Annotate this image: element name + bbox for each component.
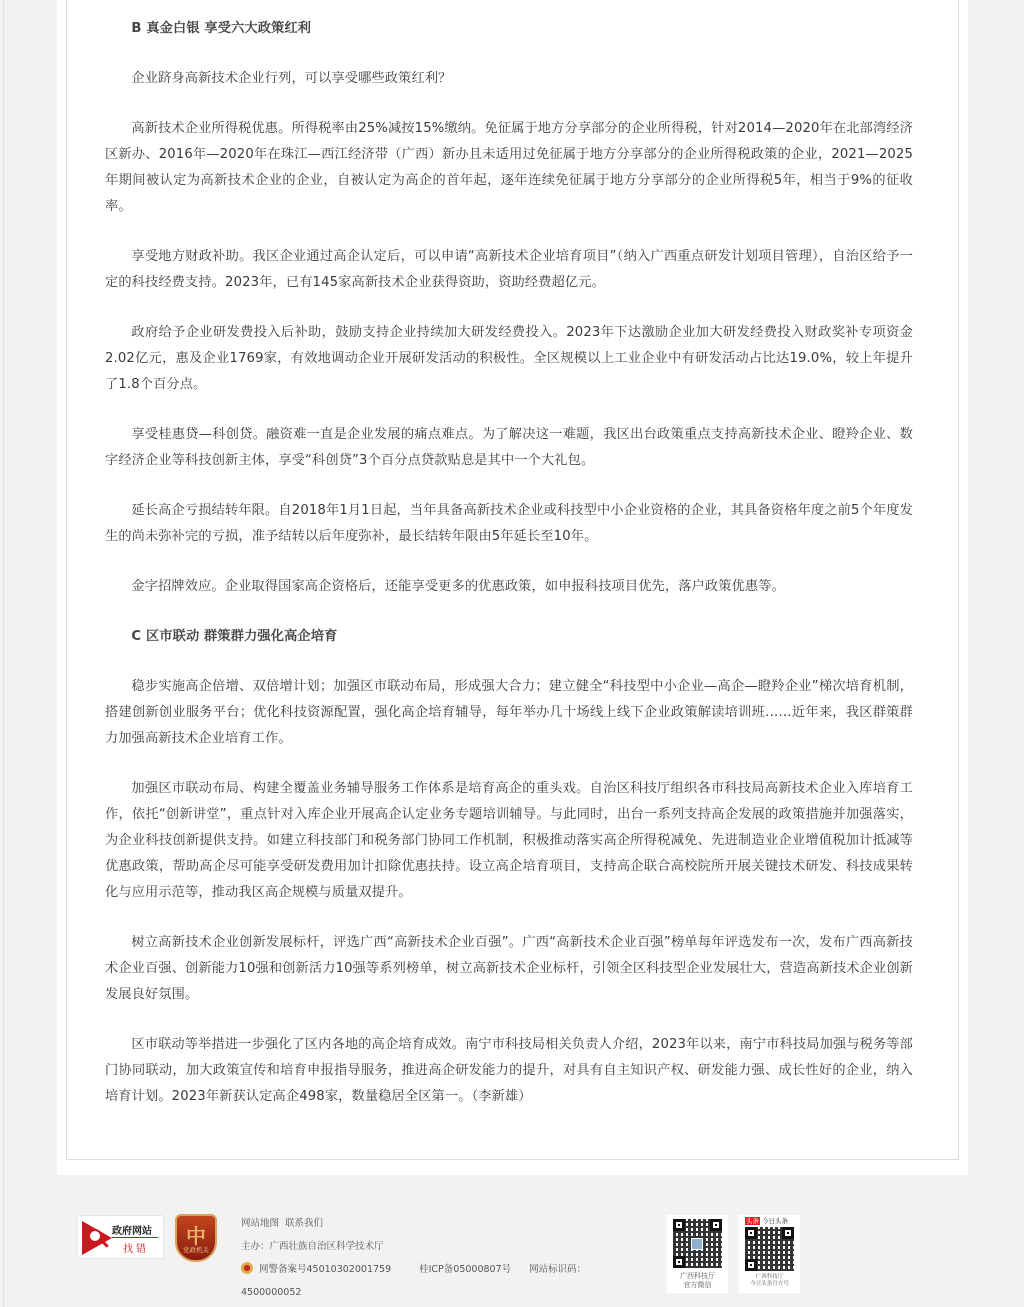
sitemap-link[interactable]: 网站地图 (241, 1218, 279, 1229)
gov-site-error-report-badge[interactable]: 政府网站 找错 (77, 1215, 164, 1259)
article-paragraph: 企业跻身高新技术企业行列，可以享受哪些政策红利？ (105, 66, 913, 92)
gov-error-line1: 政府网站 (112, 1222, 152, 1237)
gov-error-line2: 找错 (123, 1240, 149, 1255)
article-paragraph: 享受桂惠贷—科创贷。融资难一直是企业发展的痛点难点。为了解决这一难题，我区出台政… (105, 422, 913, 474)
qr-caption-line1: 广西科技厅 (667, 1272, 728, 1281)
party-badge-label: 党政机关 (177, 1245, 215, 1254)
contact-us-link[interactable]: 联系我们 (285, 1218, 323, 1229)
qr-finder (745, 1227, 757, 1239)
qr-finder (782, 1227, 794, 1239)
article-paragraph: 高新技术企业所得税优惠。所得税率由25%减按15%缴纳。免征属于地方分享部分的企… (105, 116, 913, 220)
section-heading-b: B 真金白银 享受六大政策红利 (105, 16, 913, 42)
qr-finder (673, 1256, 685, 1268)
site-footer: 政府网站 找错 中 党政机关 网站地图联系我们 主办：广西壮族自治区科学技术厅 … (0, 1175, 1024, 1307)
footer-links: 网站地图联系我们 (241, 1212, 586, 1235)
article-paragraph: 树立高新技术企业创新发展标杆，评选广西“高新技术企业百强”。广西“高新技术企业百… (105, 930, 913, 1008)
article-paragraph: 稳步实施高企倍增、双倍增计划；加强区市联动布局，形成强大合力；建立健全“科技型中… (105, 674, 913, 752)
article-container: B 真金白银 享受六大政策红利 企业跻身高新技术企业行列，可以享受哪些政策红利？… (66, 0, 959, 1160)
section-heading-c: C 区市联动 群策群力强化高企培育 (105, 624, 913, 650)
party-government-organ-badge[interactable]: 中 党政机关 (175, 1214, 217, 1262)
toutiao-title: 今日头条 (762, 1217, 788, 1225)
qr-caption-line1: 广西科技厅 (739, 1274, 800, 1281)
article-paragraph: 加强区市联动布局、构建全覆盖业务辅导服务工作体系是培育高企的重头戏。自治区科技厅… (105, 776, 913, 906)
toutiao-header: 头条今日头条 (745, 1216, 788, 1225)
site-id-label: 网站标识码： (529, 1264, 586, 1275)
article-paragraph: 区市联动等举措进一步强化了区内各地的高企培育成效。南宁市科技局相关负责人介绍，2… (105, 1032, 913, 1110)
toutiao-qr-code: 头条今日头条 广西科技厅 今日头条官方号 (739, 1215, 800, 1293)
qr-finder (673, 1219, 685, 1231)
icp-record-link[interactable]: 桂ICP备05000807号 (419, 1264, 511, 1275)
wechat-logo-icon (691, 1238, 703, 1250)
toutiao-logo-icon: 头条 (745, 1217, 760, 1225)
article-body: B 真金白银 享受六大政策红利 企业跻身高新技术企业行列，可以享受哪些政策红利？… (105, 16, 913, 1134)
wechat-qr-code: 广西科技厅 官方微信 (667, 1215, 728, 1293)
article-paragraph: 金字招牌效应。企业取得国家高企资格后，还能享受更多的优惠政策，如申报科技项目优先… (105, 574, 913, 600)
record-row: 网警备案号45010302001759桂ICP备05000807号网站标识码： (241, 1258, 586, 1281)
site-id-value: 4500000052 (241, 1281, 586, 1304)
qr-caption-line2: 官方微信 (667, 1281, 728, 1290)
qr-finder (745, 1259, 757, 1271)
footer-info: 网站地图联系我们 主办：广西壮族自治区科学技术厅 网警备案号4501030200… (241, 1212, 586, 1304)
article-paragraph: 延长高企亏损结转年限。自2018年1月1日起，当年具备高新技术企业或科技型中小企… (105, 498, 913, 550)
sponsor-text: 主办：广西壮族自治区科学技术厅 (241, 1235, 586, 1258)
content-panel: B 真金白银 享受六大政策红利 企业跻身高新技术企业行列，可以享受哪些政策红利？… (57, 0, 968, 1175)
badge-divider (112, 1237, 158, 1238)
article-paragraph: 享受地方财政补助。我区企业通过高企认定后，可以申请“高新技术企业培育项目”（纳入… (105, 244, 913, 296)
police-emblem-icon (241, 1262, 253, 1274)
qr-caption-line2: 今日头条官方号 (739, 1281, 800, 1288)
article-paragraph: 政府给予企业研发费投入后补助，鼓励支持企业持续加大研发经费投入。2023年下达激… (105, 320, 913, 398)
police-record-link[interactable]: 网警备案号45010302001759 (259, 1264, 391, 1275)
qr-finder (710, 1219, 722, 1231)
page-edge-divider (3, 0, 4, 1307)
